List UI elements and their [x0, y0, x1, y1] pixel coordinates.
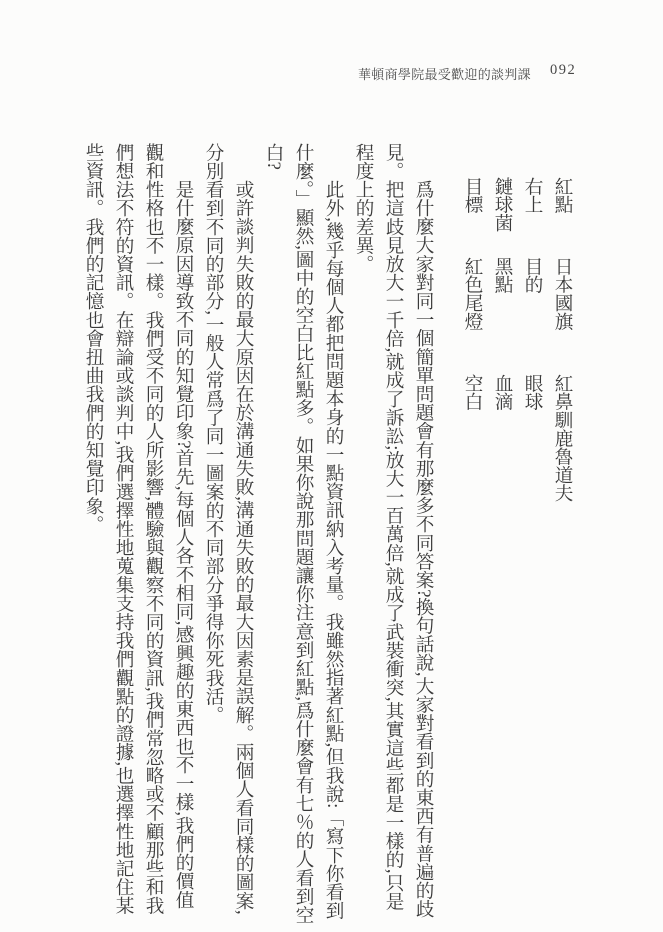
word-list-item: 黑點 [487, 257, 517, 374]
page-number: 092 [550, 62, 576, 79]
word-list-item: 日本國旗 [547, 257, 577, 374]
word-list-item: 鏈球菌 [487, 177, 517, 257]
word-list-item: 空白 [457, 374, 487, 502]
word-list-item: 血滴 [487, 374, 517, 502]
body-text: 爲什麼大家對同一個簡單問題會有那麼多不同答案?換句話說,大家對看到的東西有普遍的… [78, 143, 438, 925]
paragraph: 或許談判失敗的最大原因在於溝通失敗,溝通失敗的最大因素是誤解。兩個人看同樣的圖案… [198, 143, 258, 925]
word-list-item: 紅點 [547, 177, 577, 257]
word-list-item: 目標 [457, 177, 487, 257]
paragraph: 此外,幾乎每個人都把問題本身的一點資訊納入考量。我雖然指著紅點,但我說:「寫下你… [258, 143, 348, 925]
word-list-item: 紅鼻馴鹿魯道夫 [547, 374, 577, 502]
word-list-item: 紅色尾燈 [457, 257, 487, 374]
book-page: 華頓商學院最受歡迎的談判課 092 紅點 右上 鏈球菌 目標 日本國旗 目的 黑… [0, 0, 663, 932]
running-head-book-title: 華頓商學院最受歡迎的談判課 [358, 64, 531, 83]
paragraph: 爲什麼大家對同一個簡單問題會有那麼多不同答案?換句話說,大家對看到的東西有普遍的… [348, 143, 438, 925]
word-list-item: 眼球 [517, 374, 547, 502]
word-list-item: 右上 [517, 177, 547, 257]
paragraph: 是什麼原因導致不同的知覺印象?首先,每個人各不相同,感興趣的東西也不一樣,我們的… [78, 143, 198, 925]
running-head: 華頓商學院最受歡迎的談判課 092 [0, 0, 663, 100]
word-list: 紅點 右上 鏈球菌 目標 日本國旗 目的 黑點 紅色尾燈 紅鼻馴鹿魯道夫 眼球 … [457, 177, 577, 502]
word-list-item: 目的 [517, 257, 547, 374]
